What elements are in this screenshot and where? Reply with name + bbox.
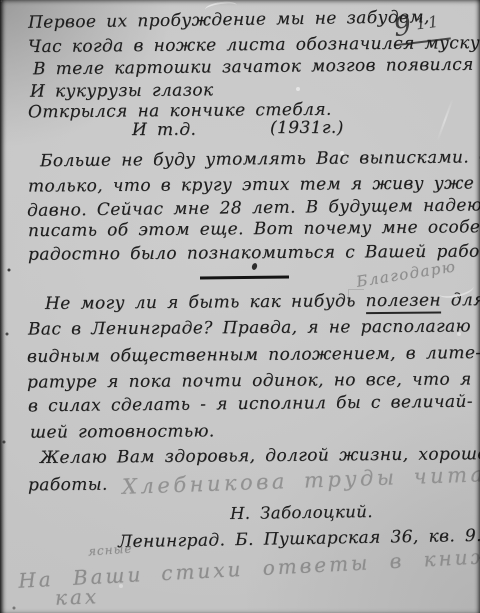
poem-year: (1931г.) <box>270 120 344 138</box>
body-line: видным общественным положением, в лите- <box>27 345 480 367</box>
pencil-inserted-word: ясные <box>88 541 133 558</box>
offer-line-post: для <box>441 290 480 310</box>
section-divider-line <box>200 276 289 279</box>
poem-line: Первое их пробуждение мы не забудем, <box>28 9 430 32</box>
body-line: в силах сделать - я исполнил бы с велича… <box>28 394 473 417</box>
paper-specks <box>0 0 2 2</box>
signature: Н. Заболоцкий. <box>230 503 373 522</box>
body-line: Не могу ли я быть как нибудь полезен для <box>45 292 480 314</box>
paper-scratch <box>437 99 454 141</box>
offer-line-pre: Не могу ли я быть как нибудь <box>45 291 366 314</box>
poem-etc: И т.д. <box>132 122 196 140</box>
body-line: радостно было познакомиться с Вашей рабо… <box>28 243 480 264</box>
letter-photograph: 9 11 Первое их пробуждение мы не забудем… <box>0 0 480 613</box>
body-line: писать об этом еще. Вот почему мне особе… <box>28 219 480 241</box>
pencil-wrap-syllable: ках <box>55 584 100 610</box>
offer-word-underlined: полезен <box>365 290 441 314</box>
body-line: шей готовностью. <box>30 423 215 442</box>
body-line: только, что в кругу этих тем я живу уже <box>28 175 474 196</box>
closing-line: работы. <box>28 477 108 495</box>
body-line: Больше не буду утомлять Вас выписками. С… <box>40 149 480 171</box>
body-line: ратуре я пока почти одинок, но все, что … <box>27 371 472 392</box>
body-line: Вас в Ленинграде? Правда, я не располага… <box>28 318 471 339</box>
ink-blot <box>251 262 258 270</box>
poem-line: И кукурузы глазок <box>30 82 214 101</box>
poem-line: В теле картошки зачаток мозгов появился <box>33 57 474 79</box>
poem-line: Час когда в ножке листа обозначился муск… <box>28 35 480 57</box>
